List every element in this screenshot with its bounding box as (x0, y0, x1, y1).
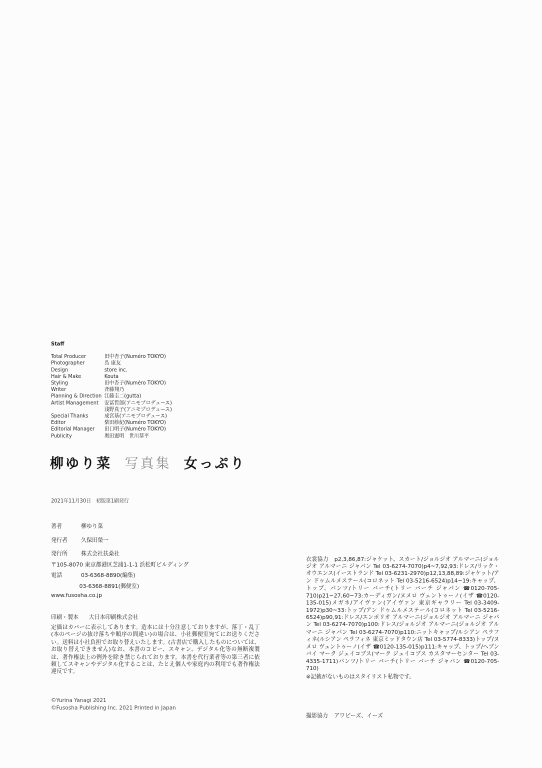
staff-name: Kouta (104, 373, 260, 380)
tel-number-editorial: 03-6368-8890(編集) (81, 572, 135, 579)
staff-role (51, 406, 104, 413)
staff-role: Total Producer (51, 354, 104, 361)
staff-row: Publicity 奥田憲明 世川恭平 (51, 433, 260, 440)
costume-credit-block: 衣裳協力p2,3,86,87:ジャケット、スカート/ジョルジオ アルマーニ(ジョ… (306, 556, 542, 764)
staff-heading: Staff (51, 341, 260, 348)
tel-label: 電話 (51, 571, 79, 579)
staff-row: Total Producer 田中杏子(Numéro TOKYO) (51, 354, 260, 361)
copyright-author: ©Yurina Yanagi 2021 (51, 697, 176, 705)
costume-credit-text: p2,3,86,87:ジャケット、スカート/ジョルジオ アルマーニ(ジョルジオ … (306, 556, 499, 672)
costume-credit-label: 衣裳協力 (306, 556, 328, 563)
pub-value: 久保田榮一 (81, 537, 109, 544)
publisher-website: www.fusosha.co.jp (51, 592, 102, 599)
pub-value: 柳ゆり菜 (81, 523, 103, 530)
stylist-note: ※記載がないものはスタイリスト私物です。 (306, 673, 499, 680)
pub-label: 著者 (51, 521, 79, 529)
edition-line: 2021年11月30日 初版第1刷発行 (51, 497, 129, 504)
staff-role: Hair & Make (51, 373, 104, 380)
printing-company: 大日本印刷株式会社 (89, 614, 139, 621)
printing-label: 印刷・製本 (51, 613, 87, 621)
pub-row: 著者 柳ゆり菜 (51, 521, 103, 529)
printing-row: 印刷・製本 大日本印刷株式会社 (51, 613, 138, 621)
shooting-credit-label: 撮影協力 (306, 713, 328, 720)
staff-block: Staff Total Producer 田中杏子(Numéro TOKYO) … (51, 341, 431, 520)
publisher-address: 〒105-8070 東京都港区芝浦1-1-1 浜松町ビルディング (51, 560, 189, 568)
title-category-label: 写真集 (125, 456, 172, 472)
edition-line-wrap: 2021年11月30日 初版第1刷発行 (51, 497, 193, 510)
colophon-page: Staff Total Producer 田中杏子(Numéro TOKYO) … (0, 0, 542, 768)
staff-name: 柴田紗紀(Numéro TOKYO) (104, 420, 260, 427)
staff-role: Editor (51, 420, 104, 427)
copyright-publisher: ©Fusosha Publishing Inc. 2021 Printed in… (51, 705, 176, 713)
staff-row: Editor 柴田紗紀(Numéro TOKYO) (51, 420, 260, 427)
staff-row: 浅野真子(アニモプロデュース) (51, 406, 260, 413)
staff-row: Hair & Make Kouta (51, 373, 260, 380)
pub-row: 発行者 久保田榮一 (51, 535, 109, 543)
pub-label: 発行者 (51, 535, 79, 543)
pub-value: 株式会社扶桑社 (81, 551, 120, 558)
shooting-credit-value: アワビーズ、イーズ (334, 713, 383, 720)
title-name: 女っぷり (184, 456, 246, 472)
pub-row: 発行所 株式会社扶桑社 (51, 549, 120, 557)
tel-number-mailroom: 03-6368-8891(郵便室) (51, 581, 139, 589)
copyright-block: ©Yurina Yanagi 2021 ©Fusosha Publishing … (51, 697, 259, 723)
title-author: 柳ゆり菜 (50, 456, 112, 472)
staff-row: Writer 斉藤翔乃 (51, 387, 260, 394)
staff-role: Writer (51, 387, 104, 394)
staff-name: 斉藤翔乃 (104, 387, 260, 394)
staff-name: 浅野真子(アニモプロデュース) (104, 406, 260, 413)
shooting-credit-block: 撮影協力アワビーズ、イーズ (306, 711, 434, 725)
staff-role: Publicity (51, 433, 104, 440)
staff-name: 奥田憲明 世川恭平 (104, 433, 260, 440)
pub-row: 電話 03-6368-8890(編集) (51, 571, 135, 579)
page-title: 柳ゆり菜 写真集 女っぷり (50, 452, 246, 472)
pub-label: 発行所 (51, 549, 79, 557)
legal-text: 定価はカバーに表示してあります。造本には十分注意しておりますが、落丁・乱丁(本の… (51, 624, 260, 676)
staff-name: 田中杏子(Numéro TOKYO) (104, 354, 260, 361)
